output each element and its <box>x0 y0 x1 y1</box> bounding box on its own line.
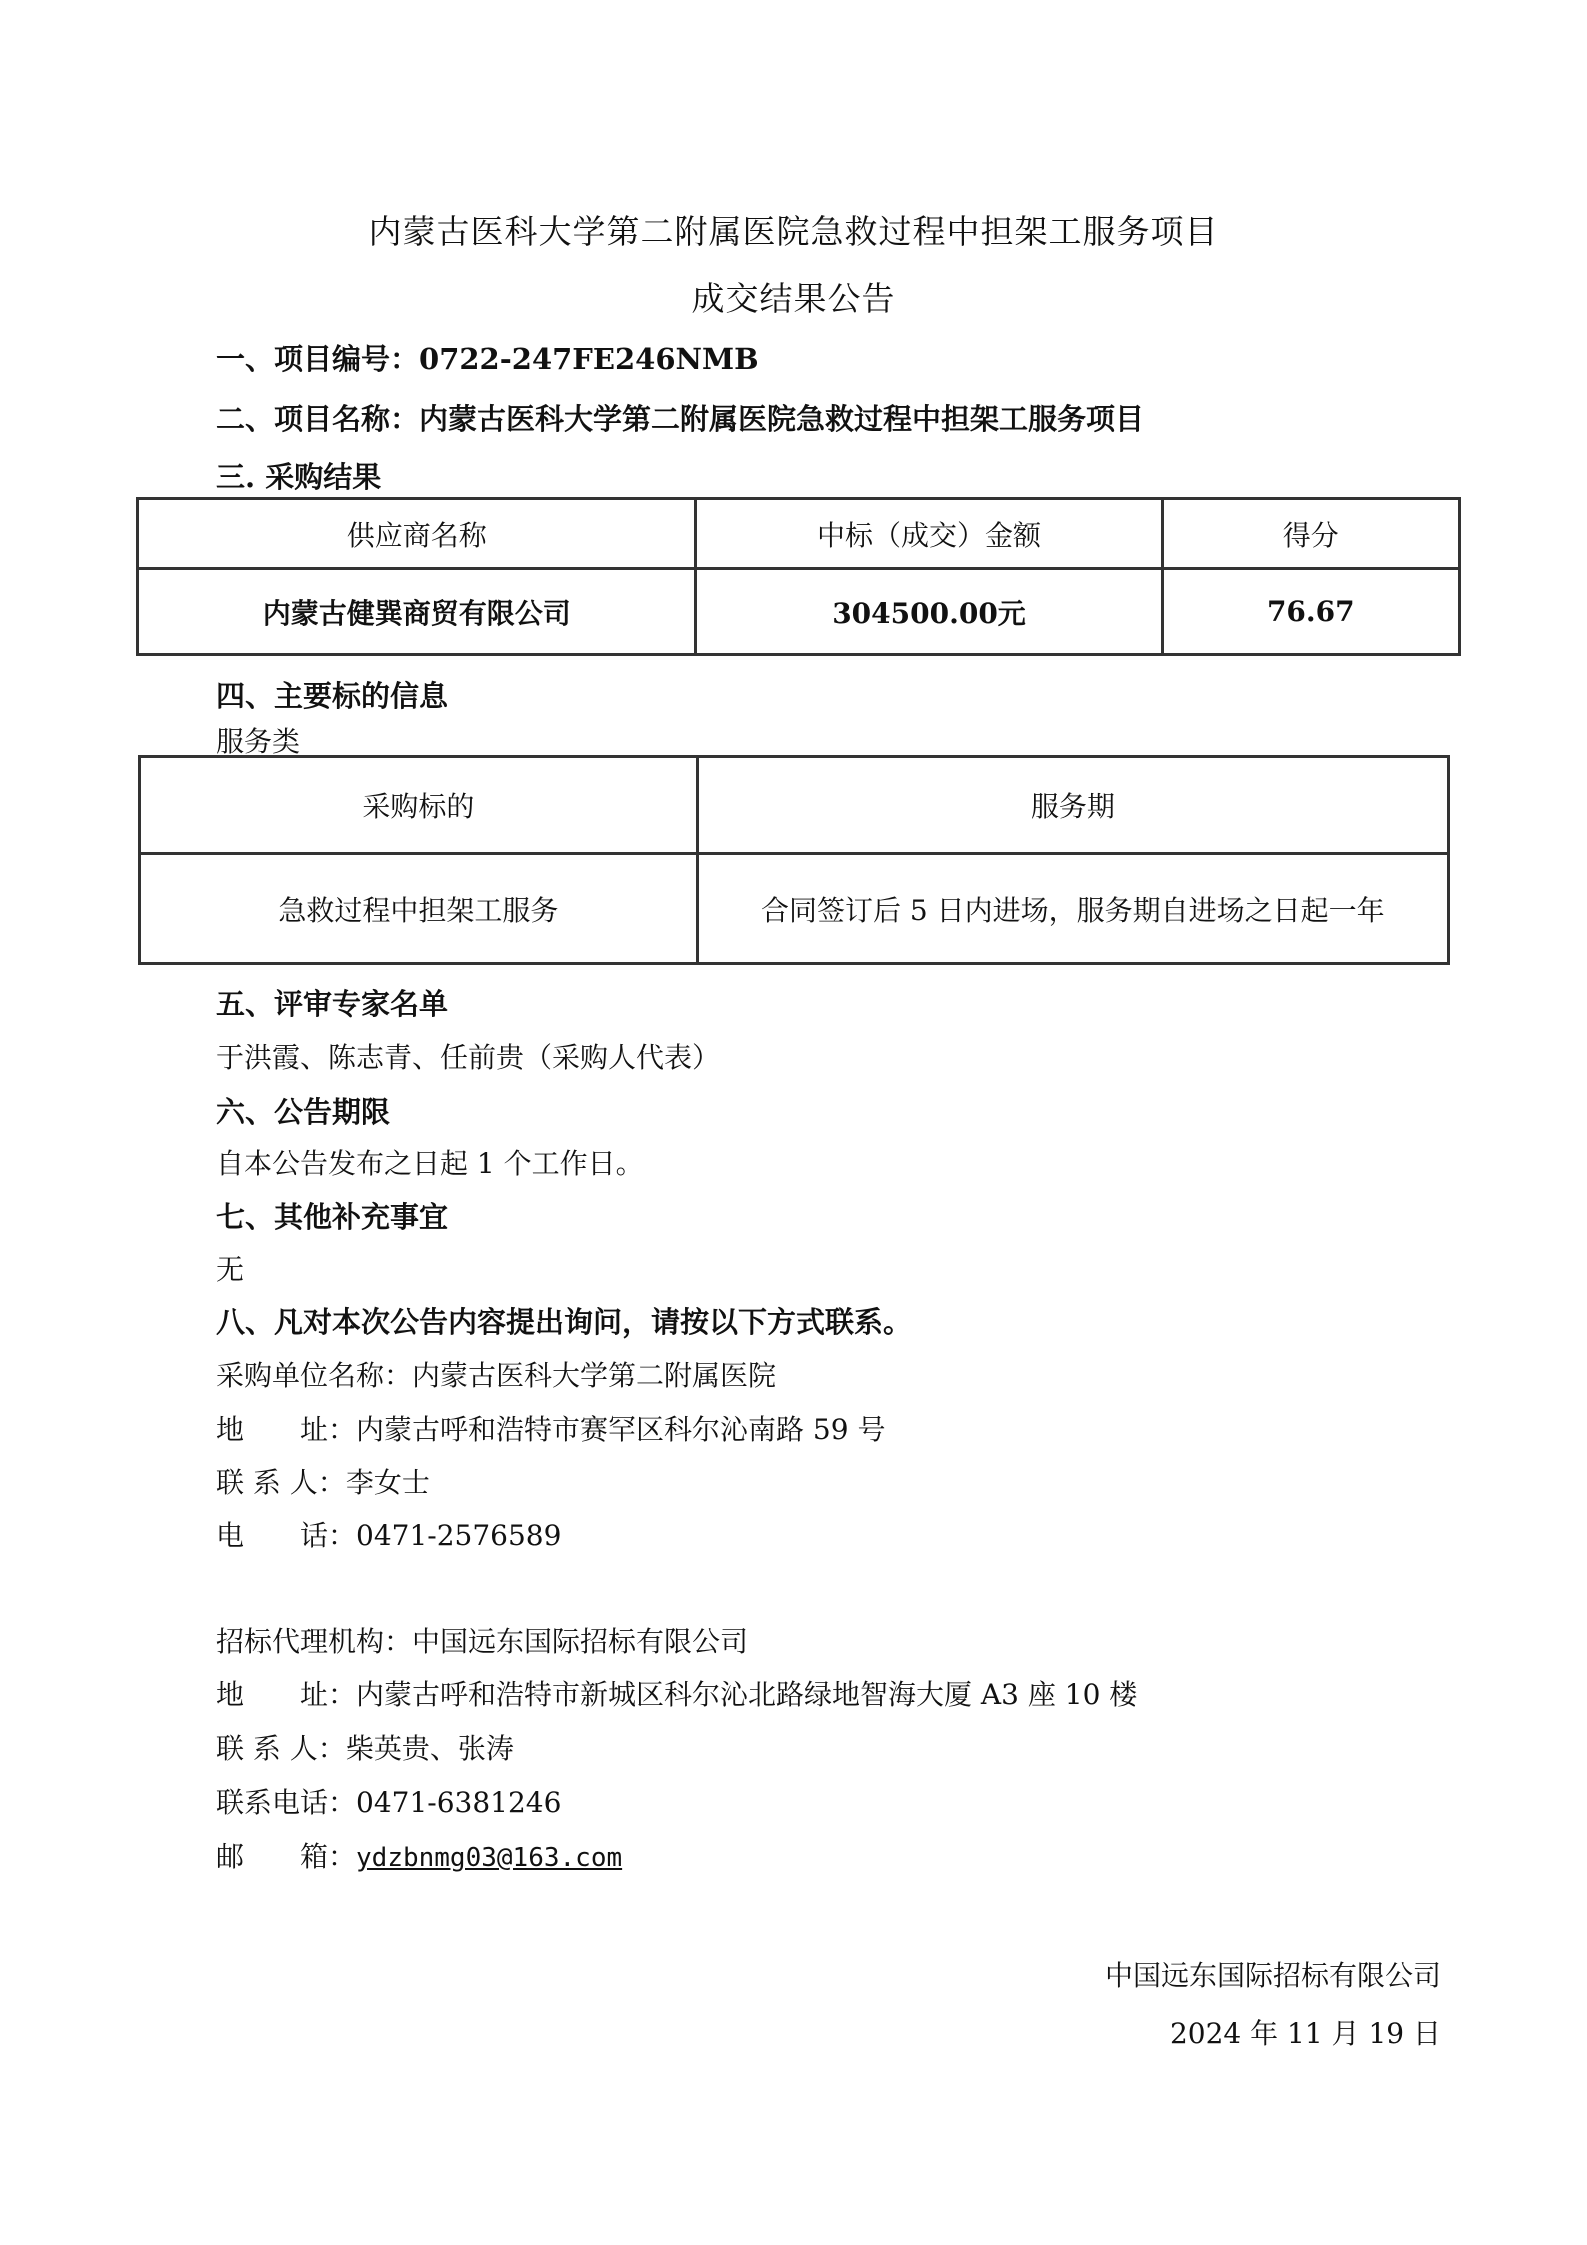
purchaser-contact-label: 联 系 人： <box>216 1466 346 1499</box>
header-subject: 采购标的 <box>140 757 698 854</box>
header-score: 得分 <box>1162 499 1459 569</box>
project-number-value: 0722-247FE246NMB <box>419 342 759 376</box>
purchaser-name-line: 采购单位名称：内蒙古医科大学第二附属医院 <box>216 1354 776 1394</box>
purchaser-address: 内蒙古呼和浩特市赛罕区科尔沁南路 59 号 <box>356 1413 885 1446</box>
agency-contact-label: 联 系 人： <box>216 1732 346 1765</box>
notice-period-text: 自本公告发布之日起 1 个工作日。 <box>216 1142 644 1182</box>
agency-phone-label: 联系电话： <box>216 1786 356 1819</box>
agency-email-line: 邮 箱：ydzbnmg03@163.com <box>216 1835 622 1875</box>
project-name-label: 二、项目名称： <box>216 402 419 436</box>
purchaser-phone-line: 电 话：0471-2576589 <box>216 1514 561 1554</box>
signature-org: 中国远东国际招标有限公司 <box>1105 1954 1441 1994</box>
purchaser-phone-label: 电 话： <box>216 1519 356 1552</box>
purchaser-phone: 0471-2576589 <box>356 1519 561 1552</box>
agency-phone-line: 联系电话：0471-6381246 <box>216 1781 561 1821</box>
procurement-result-table: 供应商名称 中标（成交）金额 得分 内蒙古健巽商贸有限公司 304500.00元… <box>136 497 1461 656</box>
purchaser-address-line: 地 址：内蒙古呼和浩特市赛罕区科尔沁南路 59 号 <box>216 1408 885 1448</box>
project-name-value: 内蒙古医科大学第二附属医院急救过程中担架工服务项目 <box>419 402 1144 436</box>
contact-heading: 八、凡对本次公告内容提出询问，请按以下方式联系。 <box>216 1300 912 1341</box>
subject-info-heading: 四、主要标的信息 <box>216 674 448 715</box>
cell-subject: 急救过程中担架工服务 <box>140 854 698 964</box>
document-subtitle: 成交结果公告 <box>0 273 1587 320</box>
signature-date: 2024 年 11 月 19 日 <box>1170 2012 1441 2052</box>
purchaser-name: 内蒙古医科大学第二附属医院 <box>412 1359 776 1392</box>
purchaser-contact: 李女士 <box>346 1466 430 1499</box>
header-amount: 中标（成交）金额 <box>696 499 1162 569</box>
agency-address-line: 地 址：内蒙古呼和浩特市新城区科尔沁北路绿地智海大厦 A3 座 10 楼 <box>216 1673 1137 1713</box>
agency-address-label: 地 址： <box>216 1678 356 1711</box>
purchaser-contact-line: 联 系 人：李女士 <box>216 1461 430 1501</box>
document-title: 内蒙古医科大学第二附属医院急救过程中担架工服务项目 <box>0 206 1587 253</box>
cell-supplier: 内蒙古健巽商贸有限公司 <box>138 569 696 655</box>
project-name-line: 二、项目名称：内蒙古医科大学第二附属医院急救过程中担架工服务项目 <box>216 397 1144 438</box>
agency-name-line: 招标代理机构：中国远东国际招标有限公司 <box>216 1620 748 1660</box>
table-header-row: 供应商名称 中标（成交）金额 得分 <box>138 499 1460 569</box>
agency-address: 内蒙古呼和浩特市新城区科尔沁北路绿地智海大厦 A3 座 10 楼 <box>356 1678 1137 1711</box>
table-header-row: 采购标的 服务期 <box>140 757 1449 854</box>
cell-service-period: 合同签订后 5 日内进场，服务期自进场之日起一年 <box>697 854 1448 964</box>
cell-amount: 304500.00元 <box>696 569 1162 655</box>
subject-category: 服务类 <box>216 720 300 760</box>
table-row: 急救过程中担架工服务 合同签订后 5 日内进场，服务期自进场之日起一年 <box>140 854 1449 964</box>
other-matters-heading: 七、其他补充事宜 <box>216 1195 448 1236</box>
project-number-line: 一、项目编号：0722-247FE246NMB <box>216 337 759 378</box>
header-supplier: 供应商名称 <box>138 499 696 569</box>
experts-list: 于洪霞、陈志青、任前贵（采购人代表） <box>216 1036 720 1076</box>
subject-info-table: 采购标的 服务期 急救过程中担架工服务 合同签订后 5 日内进场，服务期自进场之… <box>138 755 1450 965</box>
project-number-label: 一、项目编号： <box>216 342 419 376</box>
procurement-result-heading: 三. 采购结果 <box>216 455 381 496</box>
agency-phone: 0471-6381246 <box>356 1786 561 1819</box>
table-row: 内蒙古健巽商贸有限公司 304500.00元 76.67 <box>138 569 1460 655</box>
agency-contact-line: 联 系 人：柴英贵、张涛 <box>216 1727 514 1767</box>
experts-heading: 五、评审专家名单 <box>216 982 448 1023</box>
agency-email-label: 邮 箱： <box>216 1840 356 1873</box>
purchaser-address-label: 地 址： <box>216 1413 356 1446</box>
agency-name-label: 招标代理机构： <box>216 1625 412 1658</box>
agency-email-link[interactable]: ydzbnmg03@163.com <box>356 1843 622 1873</box>
header-service-period: 服务期 <box>697 757 1448 854</box>
agency-name: 中国远东国际招标有限公司 <box>412 1625 748 1658</box>
other-matters-text: 无 <box>216 1248 244 1288</box>
purchaser-name-label: 采购单位名称： <box>216 1359 412 1392</box>
cell-score: 76.67 <box>1162 569 1459 655</box>
agency-contact: 柴英贵、张涛 <box>346 1732 514 1765</box>
notice-period-heading: 六、公告期限 <box>216 1090 390 1131</box>
